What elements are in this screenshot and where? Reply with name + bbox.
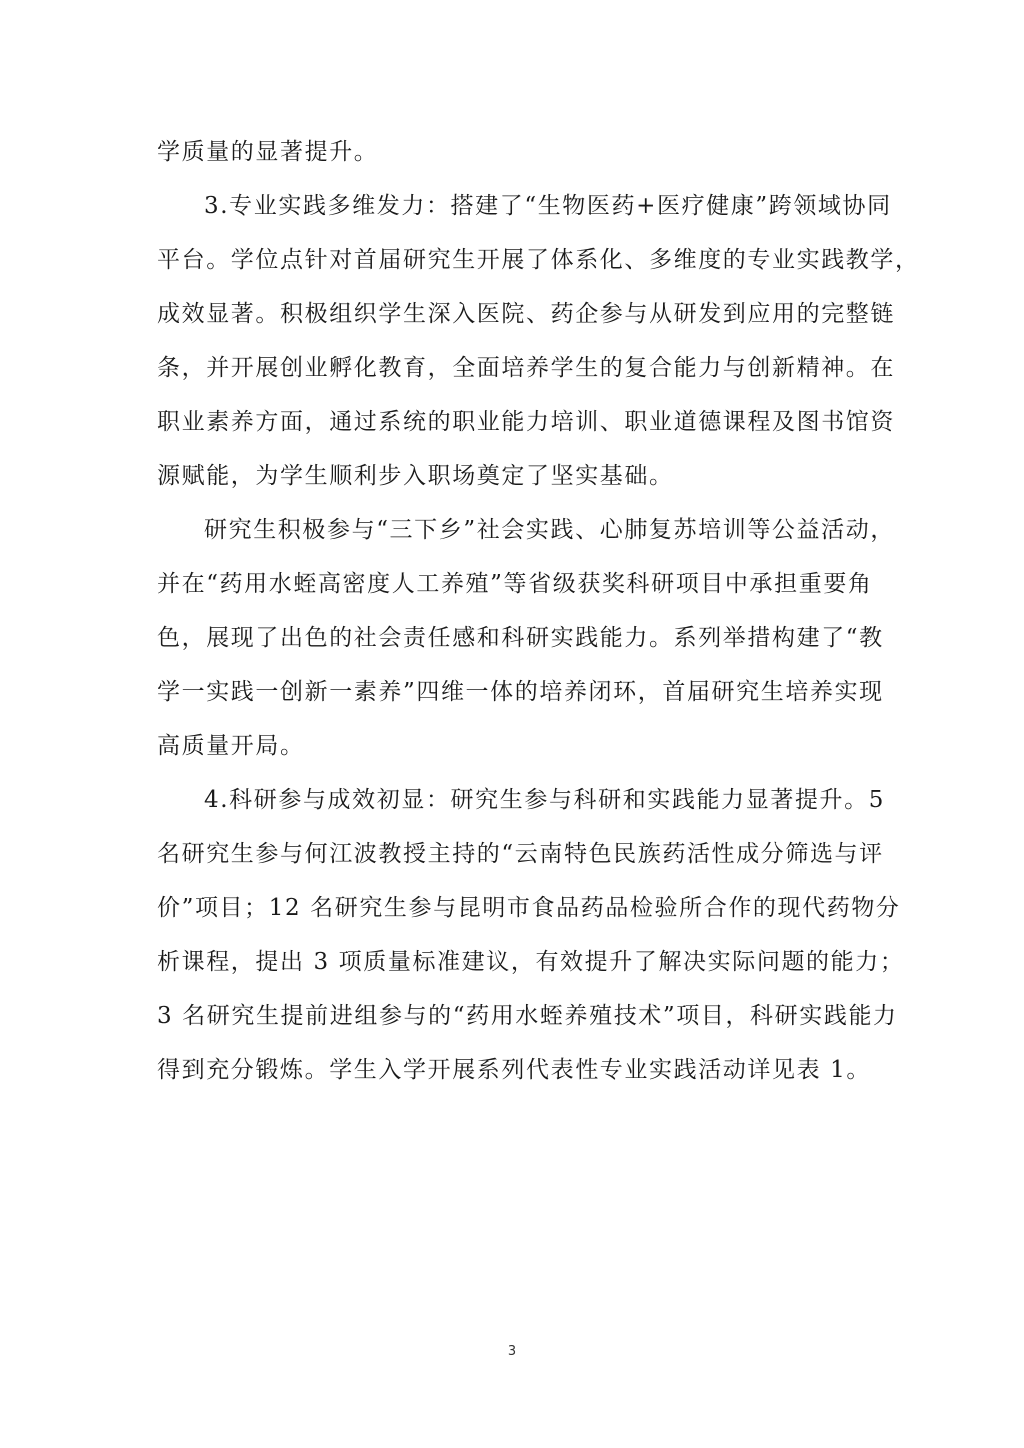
- text-line: 并在“药用水蛭高密度人工养殖”等省级获奖科研项目中承担重要角: [157, 568, 867, 600]
- text-line: 3 名研究生提前进组参与的“药用水蛭养殖技术”项目，科研实践能力: [157, 1000, 867, 1032]
- document-page: 学质量的显著提升。3.专业实践多维发力：搭建了“生物医药+医疗健康”跨领域协同平…: [0, 0, 1024, 1448]
- text-line: 学质量的显著提升。: [157, 136, 867, 168]
- text-line: 名研究生参与何江波教授主持的“云南特色民族药活性成分筛选与评: [157, 838, 867, 870]
- text-line: 析课程，提出 3 项质量标准建议，有效提升了解决实际问题的能力；: [157, 946, 867, 978]
- text-line: 平台。学位点针对首届研究生开展了体系化、多维度的专业实践教学，: [157, 244, 867, 276]
- text-line: 研究生积极参与“三下乡”社会实践、心肺复苏培训等公益活动，: [204, 514, 867, 546]
- text-line: 色，展现了出色的社会责任感和科研实践能力。系列举措构建了“教: [157, 622, 867, 654]
- text-line: 条，并开展创业孵化教育，全面培养学生的复合能力与创新精神。在: [157, 352, 867, 384]
- text-line: 源赋能，为学生顺利步入职场奠定了坚实基础。: [157, 460, 867, 492]
- text-line: 成效显著。积极组织学生深入医院、药企参与从研发到应用的完整链: [157, 298, 867, 330]
- text-line: 3.专业实践多维发力：搭建了“生物医药+医疗健康”跨领域协同: [204, 190, 867, 222]
- text-line: 4.科研参与成效初显：研究生参与科研和实践能力显著提升。5: [204, 784, 867, 816]
- text-line: 得到充分锻炼。学生入学开展系列代表性专业实践活动详见表 1。: [157, 1054, 867, 1086]
- page-number: 3: [0, 1344, 1024, 1359]
- text-line: 高质量开局。: [157, 730, 867, 762]
- text-line: 学一实践一创新一素养”四维一体的培养闭环，首届研究生培养实现: [157, 676, 867, 708]
- text-line: 价”项目；12 名研究生参与昆明市食品药品检验所合作的现代药物分: [157, 892, 867, 924]
- text-line: 职业素养方面，通过系统的职业能力培训、职业道德课程及图书馆资: [157, 406, 867, 438]
